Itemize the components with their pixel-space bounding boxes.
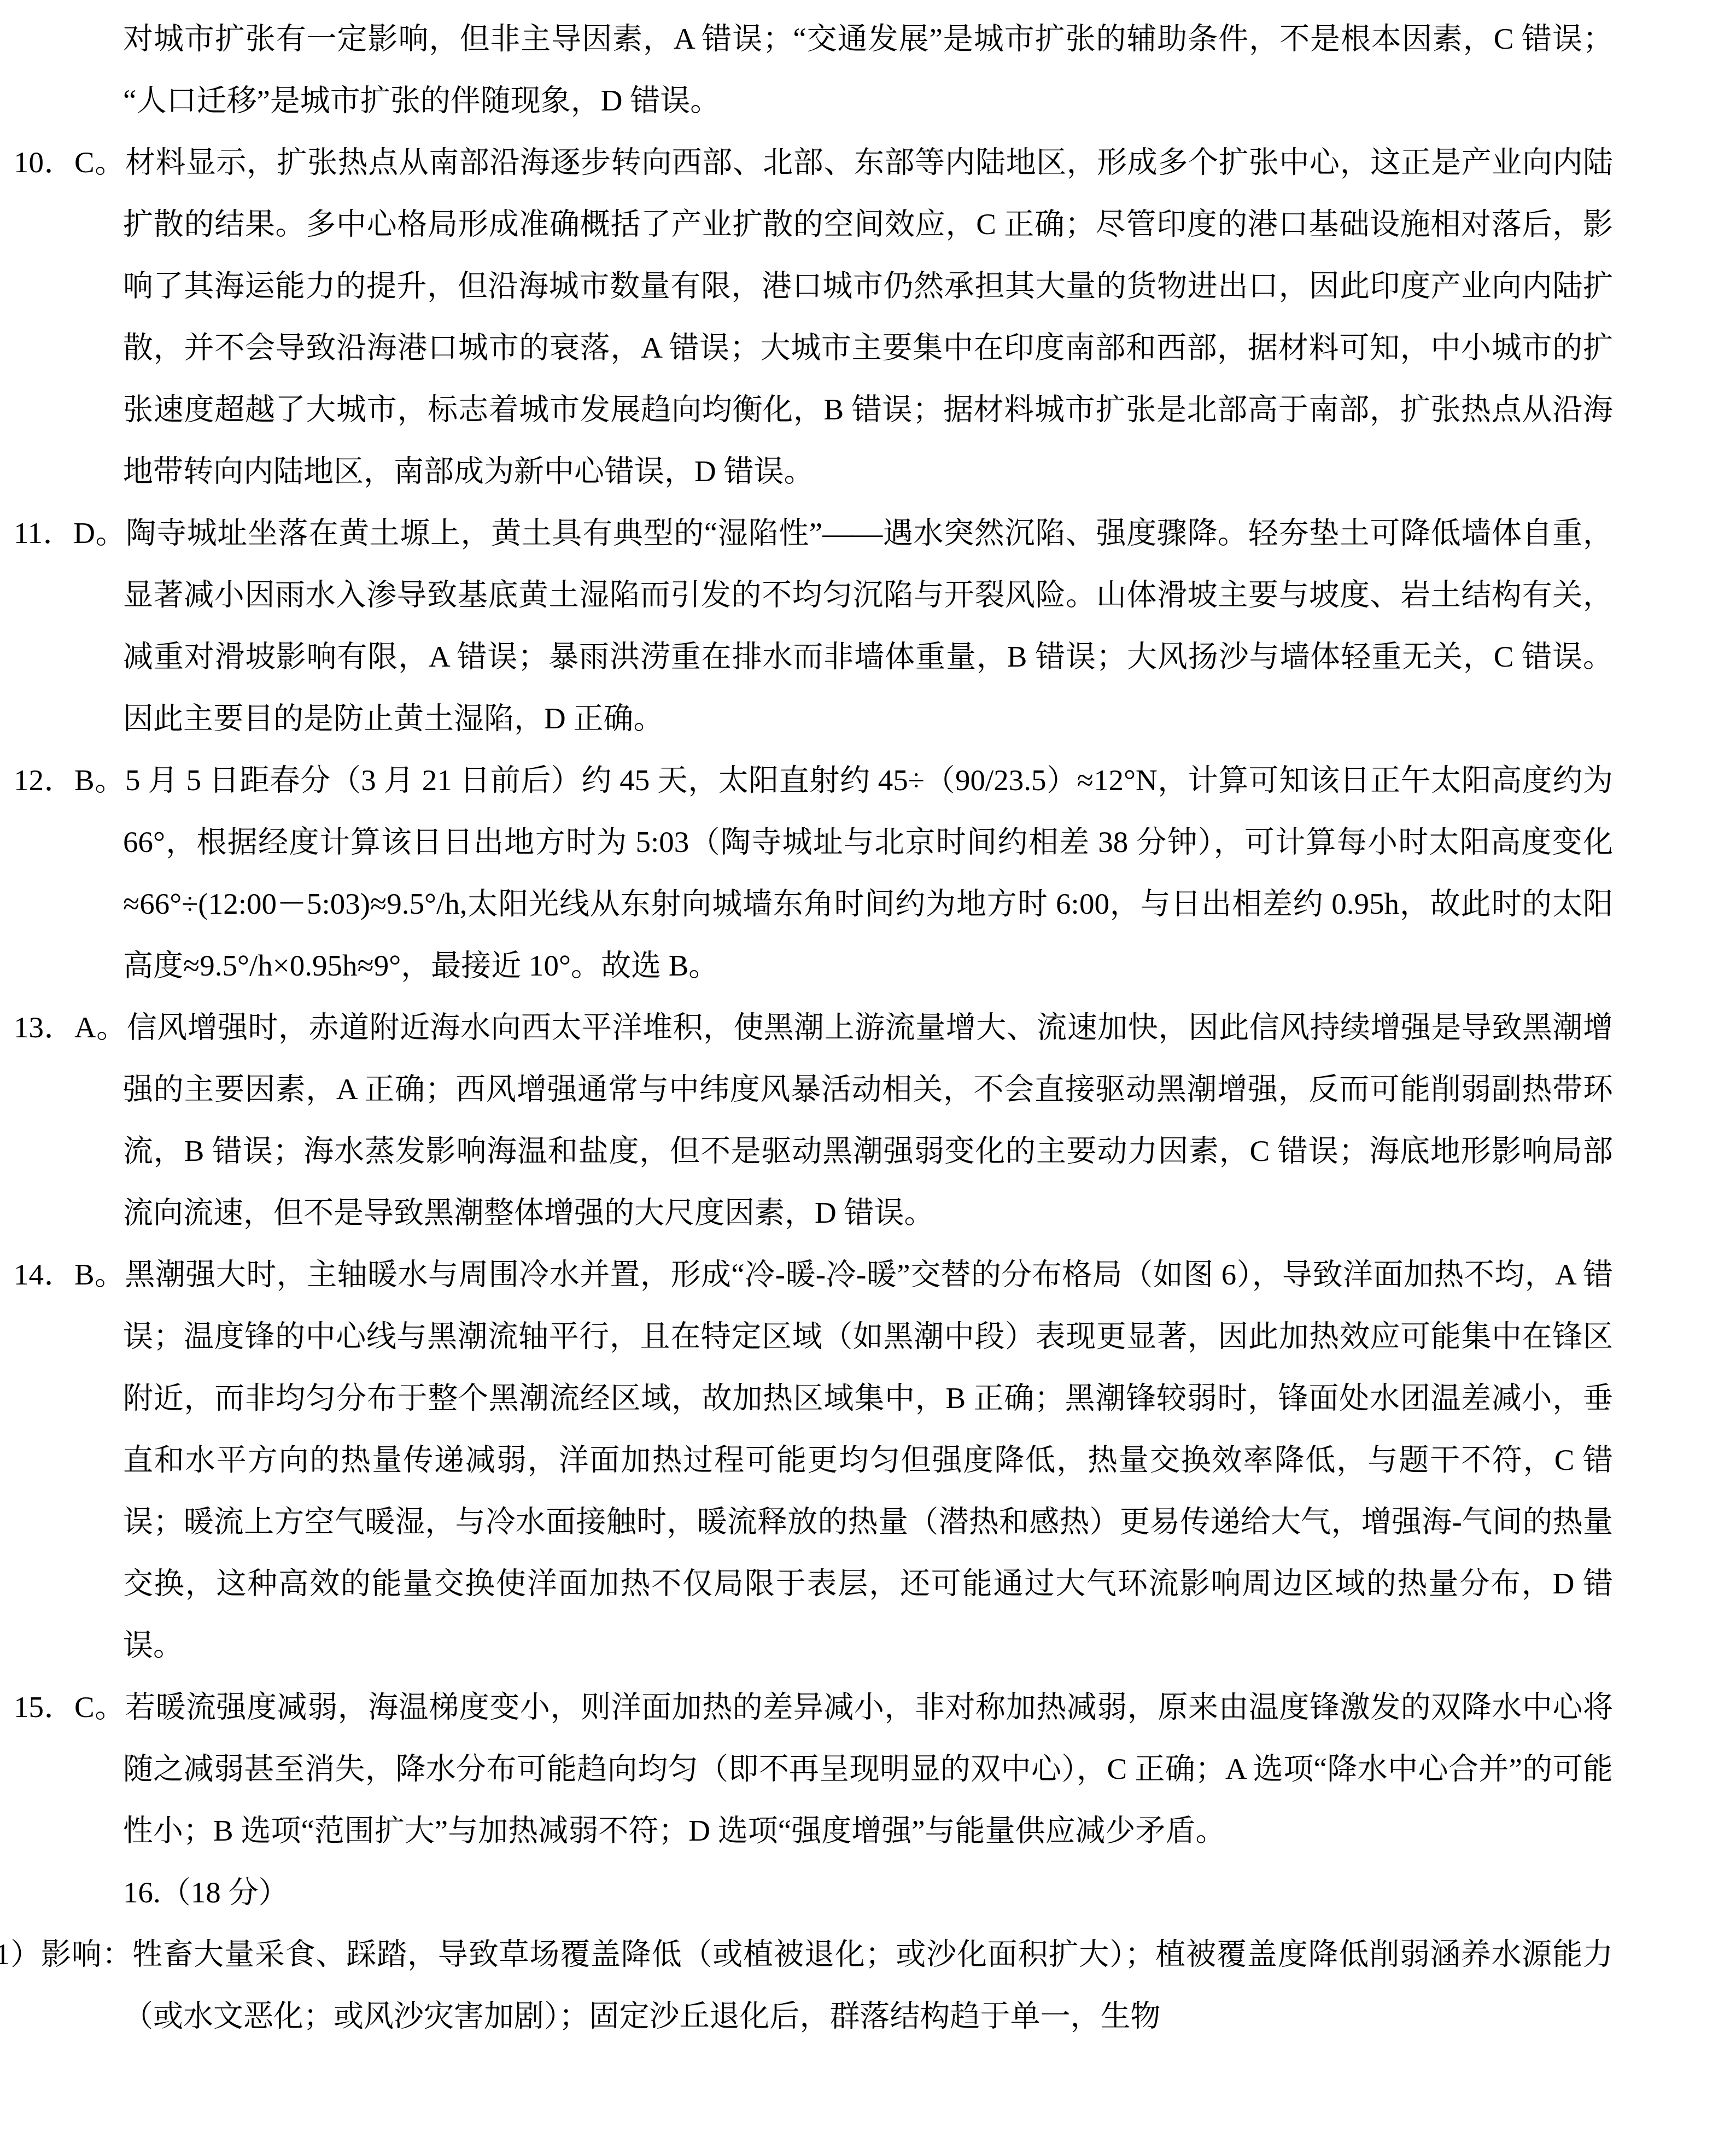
previous-answer-continuation: 对城市扩张有一定影响，但非主导因素，A 错误；“交通发展”是城市扩张的辅助条件，… [123,8,1613,131]
answer-item-14-label: 14．B。 [14,1258,125,1291]
answer-item-15-label: 15．C。 [14,1690,125,1724]
answer-item-12: 12．B。5 月 5 日距春分（3 月 21 日前后）约 45 天，太阳直射约 … [123,749,1613,996]
answer-item-13-label: 13．A。 [14,1011,127,1044]
answer-item-16-sub-1: （1）影响：牲畜大量采食、踩踏，导致草场覆盖降低（或植被退化；或沙化面积扩大）；… [123,1923,1613,2047]
answer-item-16-sub-1-text: 牲畜大量采食、踩踏，导致草场覆盖降低（或植被退化；或沙化面积扩大）；植被覆盖度降… [123,1937,1613,2033]
answer-key-document: 对城市扩张有一定影响，但非主导因素，A 错误；“交通发展”是城市扩张的辅助条件，… [0,0,1736,2047]
answer-item-15: 15．C。若暖流强度减弱，海温梯度变小，则洋面加热的差异减小，非对称加热减弱，原… [123,1676,1613,1861]
answer-item-14-text: 黑潮强大时，主轴暖水与周围冷水并置，形成“冷-暖-冷-暖”交替的分布格局（如图 … [123,1258,1613,1662]
answer-item-15-text: 若暖流强度减弱，海温梯度变小，则洋面加热的差异减小，非对称加热减弱，原来由温度锋… [123,1690,1613,1847]
answer-item-13: 13．A。信风增强时，赤道附近海水向西太平洋堆积，使黑潮上游流量增大、流速加快，… [123,996,1613,1243]
answer-item-11-text: 陶寺城址坐落在黄土塬上，黄土具有典型的“湿陷性”——遇水突然沉陷、强度骤降。轻夯… [123,516,1613,735]
answer-item-11: 11．D。陶寺城址坐落在黄土塬上，黄土具有典型的“湿陷性”——遇水突然沉陷、强度… [123,502,1613,749]
answer-item-13-text: 信风增强时，赤道附近海水向西太平洋堆积，使黑潮上游流量增大、流速加快，因此信风持… [123,1011,1613,1229]
answer-item-16-heading: 16.（18 分） [123,1861,1613,1923]
answer-item-11-label: 11．D。 [14,516,126,550]
answer-item-12-label: 12．B。 [14,763,125,797]
answer-item-16-sub-1-label: （1）影响： [0,1937,133,1971]
answer-item-10-text: 材料显示，扩张热点从南部沿海逐步转向西部、北部、东部等内陆地区，形成多个扩张中心… [123,145,1613,488]
answer-item-12-text: 5 月 5 日距春分（3 月 21 日前后）约 45 天，太阳直射约 45÷（9… [123,763,1613,982]
answer-item-10-label: 10．C。 [14,145,125,179]
answer-item-14: 14．B。黑潮强大时，主轴暖水与周围冷水并置，形成“冷-暖-冷-暖”交替的分布格… [123,1243,1613,1676]
answer-item-10: 10．C。材料显示，扩张热点从南部沿海逐步转向西部、北部、东部等内陆地区，形成多… [123,131,1613,502]
